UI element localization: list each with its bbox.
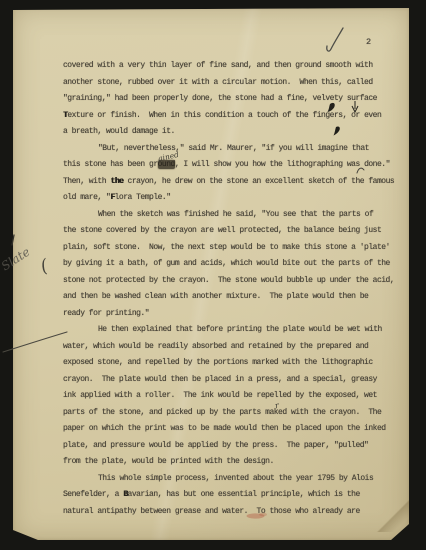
- typed-segment: another stone, rubbed over it with a cir…: [63, 78, 373, 87]
- typed-line-23: paper on which the print was to be made …: [63, 421, 405, 438]
- typed-line-27: Senefelder, a Bavarian, has but one esse…: [63, 487, 405, 504]
- typed-line-26: This whole simple process, invented abou…: [63, 471, 405, 488]
- manuscript-page: covered with a very thin layer of fine s…: [13, 8, 409, 540]
- typed-line-9: old mare, "Flora Temple.": [63, 190, 405, 207]
- typed-segment: covered with a very thin layer of fine s…: [63, 61, 373, 70]
- typed-segment: stone not protected by the crayon. The s…: [63, 276, 394, 285]
- typed-segment: crayon. The plate would then be placed i…: [63, 375, 377, 384]
- typed-line-16: ready for printing.": [63, 306, 405, 323]
- typed-line-19: exposed stone, and repelled by the porti…: [63, 355, 405, 372]
- typed-segment-blot: oundained: [158, 160, 175, 169]
- typed-segment: "But, nevertheless," said Mr. Maurer, "i…: [98, 144, 369, 153]
- typed-line-7: this stone has been groundained, I will …: [63, 157, 405, 174]
- typed-segment: and then be washed clean with another mi…: [63, 292, 368, 301]
- typed-segment: avarian, has but one essential principle…: [128, 490, 360, 499]
- typed-line-13: by giving it a bath, of gum and acids, w…: [63, 256, 405, 273]
- typed-segment: parts of the stone, and picked up by the…: [63, 408, 274, 417]
- typed-segment-b: B: [123, 490, 127, 499]
- typed-segment: ink applied with a roller. The ink would…: [63, 391, 377, 400]
- typed-segment: paper on which the print was to be made …: [63, 424, 386, 433]
- typed-segment: the stone covered by the crayon are well…: [63, 226, 381, 235]
- typed-line-14: stone not protected by the crayon. The s…: [63, 273, 405, 290]
- typed-segment: plain, soft stone. Now, the next step wo…: [63, 243, 390, 252]
- typed-segment: exture or finish. When in this condition…: [67, 111, 381, 120]
- typed-segment: He then explained that before printing t…: [98, 325, 382, 334]
- typed-segment: a breath, would damage it.: [63, 127, 175, 136]
- typed-line-10: When the sketch was finished he said, "Y…: [63, 207, 405, 224]
- typed-segment: from the plate, would be printed with th…: [63, 457, 274, 466]
- typed-line-5: a breath, would damage it.: [63, 124, 405, 141]
- typed-line-2: another stone, rubbed over it with a cir…: [63, 75, 405, 92]
- typed-segment: When the sketch was finished he said, "Y…: [98, 210, 373, 219]
- typed-segment: Senefelder, a: [63, 490, 123, 499]
- typed-segment-ins: kedr: [274, 408, 287, 417]
- typed-segment: This whole simple process, invented abou…: [98, 474, 373, 483]
- typed-segment: plate, and pressure would be applied by …: [63, 441, 368, 450]
- typed-segment: Then, with: [63, 177, 110, 186]
- typed-segment: old mare, ": [63, 193, 110, 202]
- typed-segment: lora Temple.": [115, 193, 171, 202]
- typed-line-25: from the plate, would be printed with th…: [63, 454, 405, 471]
- typed-segment: with the crayon. The: [287, 408, 382, 417]
- typed-line-3: "graining," had been properly done, the …: [63, 91, 405, 108]
- typed-line-22: parts of the stone, and picked up by the…: [63, 405, 405, 422]
- typed-text-block: covered with a very thin layer of fine s…: [63, 58, 405, 520]
- typed-segment: by giving it a bath, of gum and acids, w…: [63, 259, 390, 268]
- typed-line-17: He then explained that before printing t…: [63, 322, 405, 339]
- typed-line-20: crayon. The plate would then be placed i…: [63, 372, 405, 389]
- typed-line-18: water, which would be readily absorbed a…: [63, 339, 405, 356]
- typed-segment: "graining," had been properly done, the …: [63, 94, 377, 103]
- typed-segment-b: the: [110, 177, 123, 186]
- typed-segment-b: F: [110, 193, 114, 202]
- typed-line-24: plate, and pressure would be applied by …: [63, 438, 405, 455]
- typed-line-11: the stone covered by the crayon are well…: [63, 223, 405, 240]
- typed-line-1: covered with a very thin layer of fine s…: [63, 58, 405, 75]
- typed-line-21: ink applied with a roller. The ink would…: [63, 388, 405, 405]
- typed-segment: ready for printing.": [63, 309, 149, 318]
- page-number: 2: [366, 37, 371, 47]
- typed-line-28: natural antipathy between grease and wat…: [63, 504, 405, 521]
- typed-line-8: Then, with the crayon, he drew on the st…: [63, 174, 405, 191]
- typed-line-12: plain, soft stone. Now, the next step wo…: [63, 240, 405, 257]
- typed-segment: , I will show you how the lithographing …: [175, 160, 390, 169]
- typed-segment: water, which would be readily absorbed a…: [63, 342, 368, 351]
- typed-segment: this stone has been gr: [63, 160, 158, 169]
- typed-segment: crayon, he drew on the stone an excellen…: [123, 177, 394, 186]
- typed-segment: natural antipathy between grease and wat…: [63, 507, 360, 516]
- typed-line-6: "But, nevertheless," said Mr. Maurer, "i…: [63, 141, 405, 158]
- typed-line-4: Texture or finish. When in this conditio…: [63, 108, 405, 125]
- typed-line-15: and then be washed clean with another mi…: [63, 289, 405, 306]
- typed-segment: exposed stone, and repelled by the porti…: [63, 358, 373, 367]
